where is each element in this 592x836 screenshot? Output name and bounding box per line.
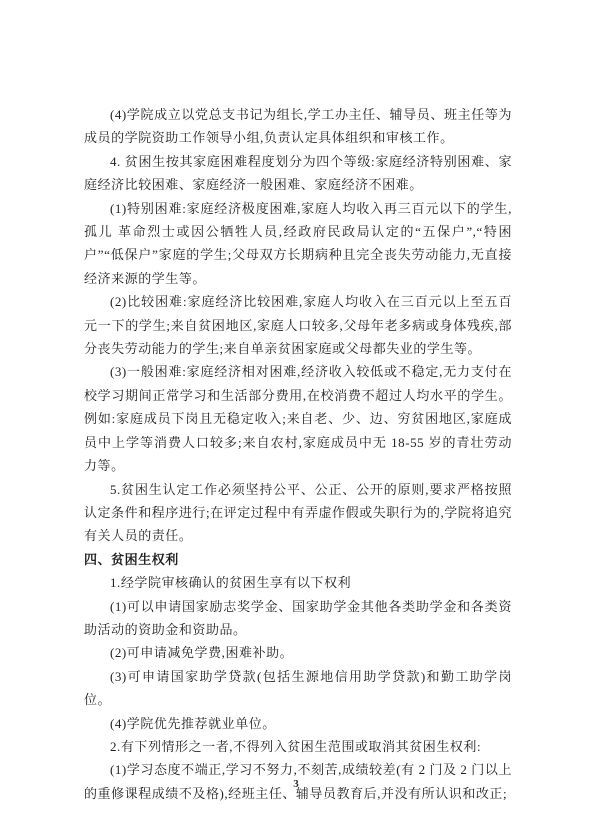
paragraph: (3)一般困难:家庭经济相对困难,经济收入较低或不稳定,无力支付在校学习期间正常… — [84, 360, 512, 477]
page-number: 3 — [293, 778, 299, 790]
paragraph: (4)学院优先推荐就业单位。 — [84, 712, 512, 735]
section-heading: 四、贫困生权利 — [84, 548, 512, 571]
paragraph: 5.贫困生认定工作必须坚持公平、公正、公开的原则,要求严格按照认定条件和程序进行… — [84, 478, 512, 548]
paragraph: 1.经学院审核确认的贫困生享有以下权利 — [84, 571, 512, 594]
paragraph: (1)可以申请国家励志奖学金、国家助学金其他各类助学金和各类资助活动的资助金和资… — [84, 595, 512, 642]
paragraph: 4. 贫困生按其家庭困难程度划分为四个等级:家庭经济特别困难、家庭经济比较困难、… — [84, 150, 512, 197]
paragraph: (2)可申请减免学费,困难补助。 — [84, 641, 512, 664]
document-page: (4)学院成立以党总支书记为组长,学工办主任、辅导员、班主任等为成员的学院资助工… — [0, 0, 592, 836]
paragraph: (4)学院成立以党总支书记为组长,学工办主任、辅导员、班主任等为成员的学院资助工… — [84, 103, 512, 150]
paragraph: (1)特别困难:家庭经济极度困难,家庭人均收入再三百元以下的学生,孤儿 革命烈士… — [84, 197, 512, 291]
paragraph: 2.有下列情形之一者,不得列入贫困生范围或取消其贫困生权利: — [84, 735, 512, 758]
paragraph: (2)比较困难:家庭经济比较困难,家庭人均收入在三百元以上至五百元一下的学生;来… — [84, 290, 512, 360]
paragraph: (3)可申请国家助学贷款(包括生源地信用助学贷款)和勤工助学岗位。 — [84, 665, 512, 712]
page-footer: 3 — [0, 774, 592, 792]
document-body: (4)学院成立以党总支书记为组长,学工办主任、辅导员、班主任等为成员的学院资助工… — [84, 103, 512, 805]
